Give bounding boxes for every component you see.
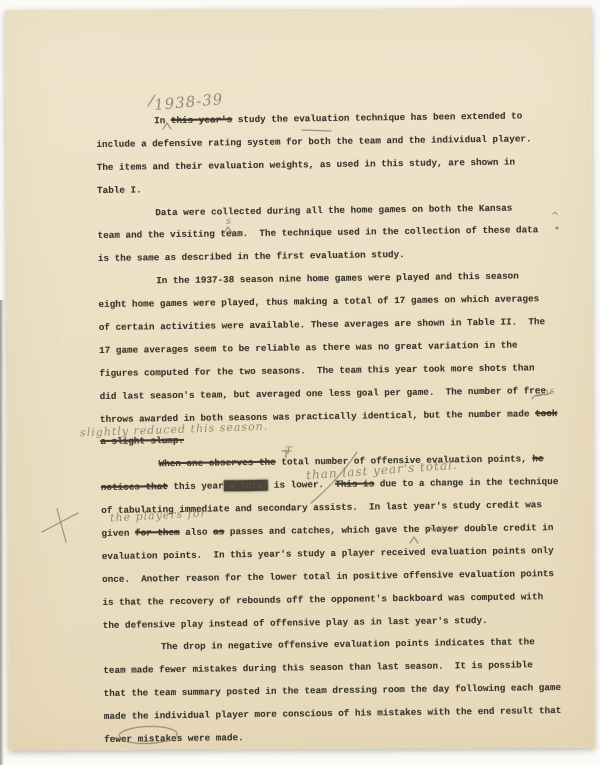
typed-segment: In	[154, 115, 171, 126]
typed-segment: passes and catches, which gave the	[224, 524, 425, 538]
typed-segment-strike: this year's	[171, 114, 233, 126]
typed-segment-wavy: player	[425, 523, 459, 534]
typed-segment-strike: This is	[335, 479, 374, 491]
typed-line: fewer mistakes were made.	[104, 728, 580, 757]
typed-segment-strike: took	[535, 408, 557, 419]
typed-segment-strike: notices that	[101, 481, 168, 493]
typed-segment: due to a change in the technique	[374, 476, 558, 489]
pencil-s-insert: s	[226, 216, 232, 227]
typed-segment-strike: When one observes the	[159, 457, 276, 470]
typed-segment: this year	[168, 481, 224, 493]
typed-segment-strike: for them	[135, 527, 180, 539]
typed-segment: given	[101, 528, 135, 539]
scan-background: In this year's study the evaluation tech…	[0, 0, 600, 765]
typed-segment: Table I.	[97, 184, 142, 196]
typed-segment: double credit in	[459, 522, 554, 534]
pencil-capital-t: T	[285, 446, 293, 457]
typed-segment-strike: he	[532, 454, 543, 465]
typed-segment: also	[180, 527, 214, 538]
typed-segment: fewer mistakes were made.	[104, 732, 244, 745]
typed-segment-blackout: 's total	[224, 480, 269, 492]
scan-edge-shadow	[0, 300, 4, 765]
typed-segment-strike: as	[213, 526, 224, 537]
